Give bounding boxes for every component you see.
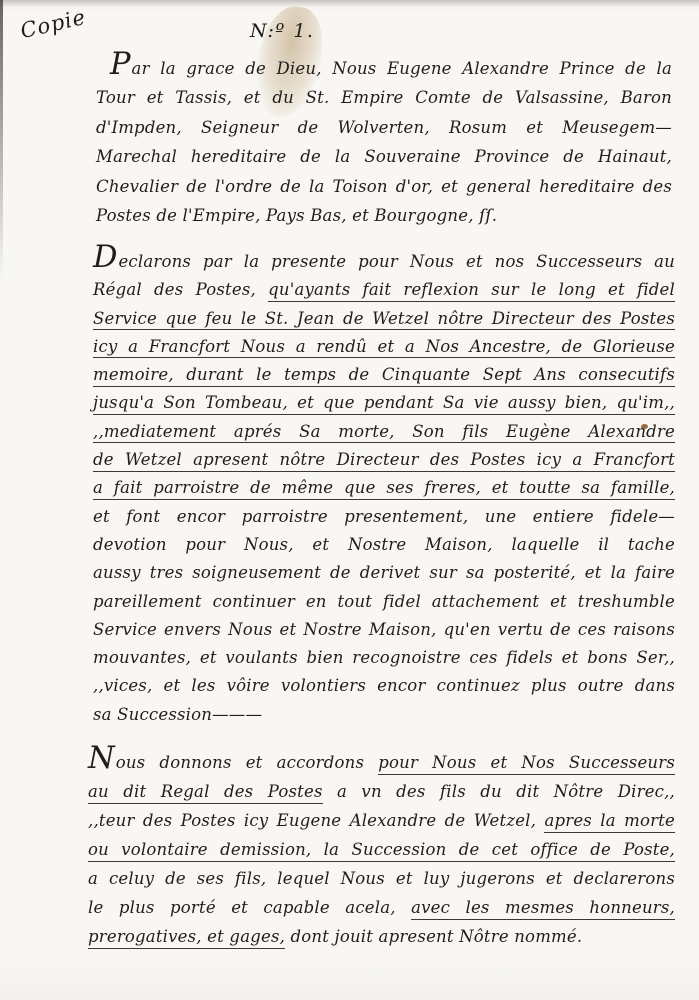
manuscript-line: Chevalier de l'ordre de la Toison d'or, … bbox=[96, 172, 672, 201]
scan-edge-top bbox=[0, 0, 699, 7]
underlined-text-run: a fait parroistre de même que ses freres… bbox=[93, 478, 675, 500]
text-run: devotion pour Nous, et Nostre Maison, la… bbox=[93, 535, 675, 554]
manuscript-line: Service que feu le St. Jean de Wetzel nô… bbox=[93, 305, 675, 333]
paragraph-declaration: Declarons par la presente pour Nous et n… bbox=[93, 244, 675, 729]
underlined-text-run: jusqu'a Son Tombeau, et que pendant Sa v… bbox=[93, 393, 675, 415]
manuscript-line: aussy tres soigneusement de derivet sur … bbox=[93, 559, 675, 587]
underlined-text-run: ,,mediatement aprés Sa morte, Son fils E… bbox=[93, 422, 675, 444]
scan-edge-left bbox=[0, 0, 3, 280]
text-run: sa Succession——— bbox=[93, 705, 262, 724]
underlined-text-run: apres la morte bbox=[544, 811, 675, 833]
text-run: dont jouit apresent Nôtre nommé. bbox=[285, 927, 582, 946]
text-run: Par la grace de Dieu, Nous Eugene Alexan… bbox=[110, 59, 672, 78]
manuscript-line: sa Succession——— bbox=[93, 701, 675, 729]
text-run: le plus porté et capable acela, bbox=[88, 898, 411, 917]
underlined-text-run: icy a Francfort Nous a rendû et a Nos An… bbox=[93, 337, 675, 359]
manuscript-line: Par la grace de Dieu, Nous Eugene Alexan… bbox=[96, 50, 672, 83]
underlined-text-run: de Wetzel apresent nôtre Directeur des P… bbox=[93, 450, 675, 472]
text-run: d'Impden, Seigneur de Wolverten, Rosum e… bbox=[96, 118, 672, 137]
manuscript-line: mouvantes, et voulants bien recognoistre… bbox=[93, 644, 675, 672]
manuscript-line: ,,vices, et les vôire volontiers encor c… bbox=[93, 672, 675, 700]
manuscript-line: memoire, durant le temps de Cinquante Se… bbox=[93, 361, 675, 389]
underlined-text-run: Service que feu le St. Jean de Wetzel nô… bbox=[93, 309, 675, 331]
text-run: aussy tres soigneusement de derivet sur … bbox=[93, 563, 675, 582]
text-run: Postes de l'Empire, Pays Bas, et Bourgog… bbox=[96, 206, 497, 225]
text-run: Service envers Nous et Nostre Maison, qu… bbox=[93, 620, 675, 639]
text-run: ,,vices, et les vôire volontiers encor c… bbox=[93, 676, 675, 695]
manuscript-line: devotion pour Nous, et Nostre Maison, la… bbox=[93, 531, 675, 559]
manuscript-line: icy a Francfort Nous a rendû et a Nos An… bbox=[93, 333, 675, 361]
manuscript-line: a fait parroistre de même que ses freres… bbox=[93, 474, 675, 502]
text-run: a vn des fils du dit Nôtre Direc,, bbox=[323, 782, 675, 801]
manuscript-line: et font encor parroistre presentement, u… bbox=[93, 503, 675, 531]
manuscript-line: pareillement continuer en tout fidel att… bbox=[93, 588, 675, 616]
text-run: Nous donnons et accordons bbox=[88, 753, 378, 772]
manuscript-line: Marechal hereditaire de la Souveraine Pr… bbox=[96, 142, 672, 171]
manuscript-line: Declarons par la presente pour Nous et n… bbox=[93, 244, 675, 276]
text-run: Régal des Postes, bbox=[93, 280, 268, 299]
underlined-text-run: au dit Regal des Postes bbox=[88, 782, 323, 804]
manuscript-line: Régal des Postes, qu'ayants fait reflexi… bbox=[93, 276, 675, 304]
paragraph-titles: Par la grace de Dieu, Nous Eugene Alexan… bbox=[96, 50, 672, 230]
document-number: N:º 1. bbox=[250, 20, 314, 42]
text-run: et font encor parroistre presentement, u… bbox=[93, 507, 675, 526]
manuscript-line: Tour et Tassis, et du St. Empire Comte d… bbox=[96, 83, 672, 112]
underlined-text-run: pour Nous et Nos Successeurs bbox=[378, 753, 675, 775]
text-run: a celuy de ses fils, lequel Nous et luy … bbox=[88, 869, 675, 888]
manuscript-line: d'Impden, Seigneur de Wolverten, Rosum e… bbox=[96, 113, 672, 142]
manuscript-page: Copie N:º 1. Par la grace de Dieu, Nous … bbox=[0, 0, 699, 1000]
paragraph-grant: Nous donnons et accordons pour Nous et N… bbox=[88, 744, 675, 951]
manuscript-line: Service envers Nous et Nostre Maison, qu… bbox=[93, 616, 675, 644]
manuscript-line: ,,mediatement aprés Sa morte, Son fils E… bbox=[93, 418, 675, 446]
manuscript-line: a celuy de ses fils, lequel Nous et luy … bbox=[88, 864, 675, 893]
manuscript-line: jusqu'a Son Tombeau, et que pendant Sa v… bbox=[93, 389, 675, 417]
text-run: Tour et Tassis, et du St. Empire Comte d… bbox=[96, 88, 672, 107]
text-run: mouvantes, et voulants bien recognoistre… bbox=[93, 648, 675, 667]
manuscript-line: prerogatives, et gages, dont jouit apres… bbox=[88, 922, 675, 951]
manuscript-line: ,,teur des Postes icy Eugene Alexandre d… bbox=[88, 806, 675, 835]
manuscript-line: de Wetzel apresent nôtre Directeur des P… bbox=[93, 446, 675, 474]
text-run: ,,teur des Postes icy Eugene Alexandre d… bbox=[88, 811, 544, 830]
underlined-text-run: prerogatives, et gages, bbox=[88, 927, 285, 949]
copy-annotation: Copie bbox=[18, 5, 88, 43]
underlined-text-run: qu'ayants fait reflexion sur le long et … bbox=[268, 280, 675, 302]
text-run: Chevalier de l'ordre de la Toison d'or, … bbox=[96, 177, 672, 196]
text-run: Marechal hereditaire de la Souveraine Pr… bbox=[96, 147, 672, 166]
underlined-text-run: ou volontaire demission, la Succession d… bbox=[88, 840, 675, 862]
manuscript-line: Postes de l'Empire, Pays Bas, et Bourgog… bbox=[96, 201, 672, 230]
text-run: pareillement continuer en tout fidel att… bbox=[93, 592, 675, 611]
manuscript-line: au dit Regal des Postes a vn des fils du… bbox=[88, 777, 675, 806]
manuscript-line: ou volontaire demission, la Succession d… bbox=[88, 835, 675, 864]
underlined-text-run: avec les mesmes honneurs, bbox=[411, 898, 675, 920]
manuscript-line: le plus porté et capable acela, avec les… bbox=[88, 893, 675, 922]
underlined-text-run: memoire, durant le temps de Cinquante Se… bbox=[93, 365, 675, 387]
manuscript-line: Nous donnons et accordons pour Nous et N… bbox=[88, 744, 675, 777]
text-run: Declarons par la presente pour Nous et n… bbox=[93, 252, 675, 271]
